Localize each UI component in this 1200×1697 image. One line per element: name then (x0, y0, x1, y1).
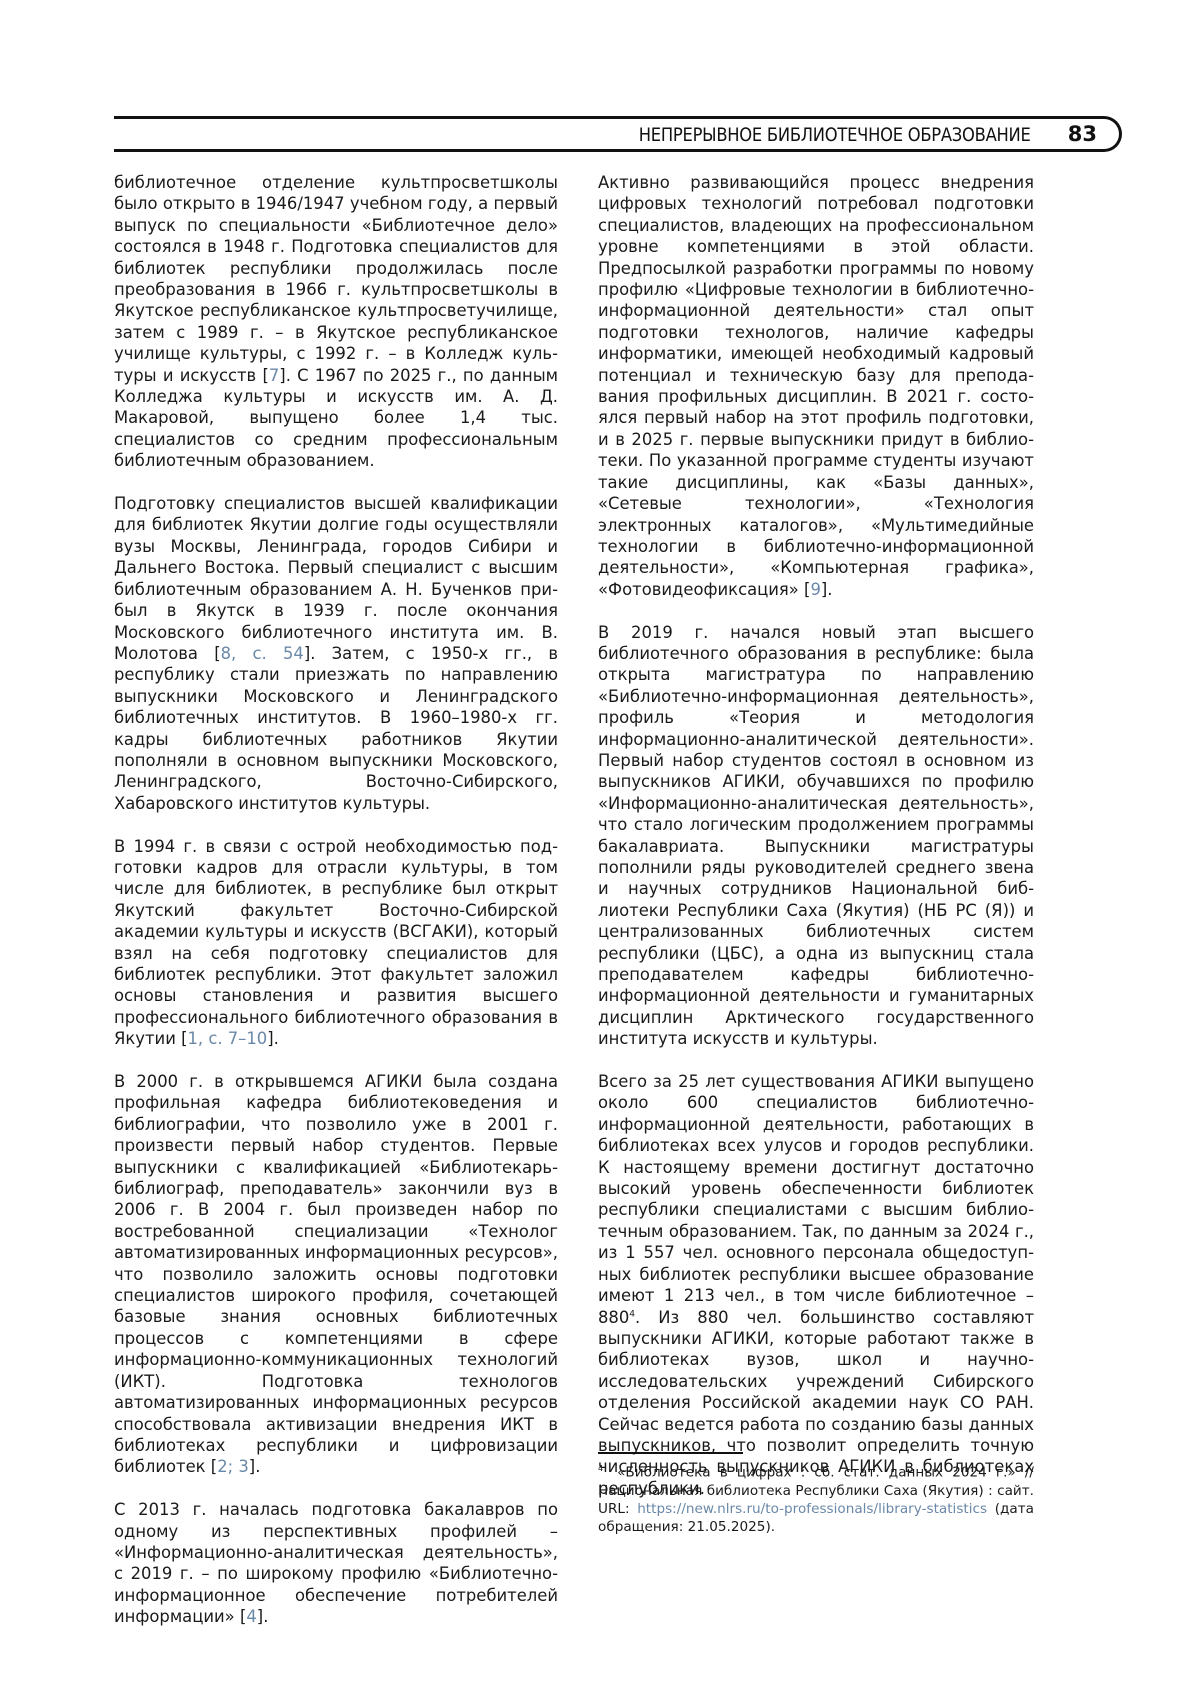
paragraph: В 2000 г. в открывшемся АГИКИ была созда… (114, 1071, 558, 1478)
paragraph-text: . (827, 580, 832, 599)
paragraph-text: Подготовку специалистов высшей квалифика… (114, 494, 558, 663)
left-column: библиотечное отделение культпросветшколы… (114, 172, 558, 1649)
paragraph-text: В 1994 г. в связи с острой необходимость… (114, 837, 558, 1049)
paragraph-text: С 2013 г. началась подготовка бакалавров… (114, 1500, 558, 1626)
citation-link[interactable]: 9 (810, 580, 820, 599)
paragraph: Активно развивающийся процесс внедрения … (598, 172, 1034, 600)
paragraph-text: . Затем, с 1950-х гг., в республику стал… (114, 644, 558, 813)
footnote: 4«Библиотека в цифрах : сб. стат. данных… (598, 1460, 1034, 1536)
paragraph: С 2013 г. началась подготовка бакалавров… (114, 1499, 558, 1627)
running-header: НЕПРЕРЫВНОЕ БИБЛИОТЕЧНОЕ ОБРАЗОВАНИЕ 83 (114, 116, 1122, 152)
citation-link[interactable]: 1, с. 7–10 (187, 1029, 267, 1048)
paragraph: Всего за 25 лет существования АГИКИ выпу… (598, 1071, 1034, 1499)
section-title: НЕПРЕРЫВНОЕ БИБЛИОТЕЧНОЕ ОБРАЗОВАНИЕ (639, 122, 1031, 148)
paragraph-text: . (274, 1029, 279, 1048)
right-column: Активно развивающийся процесс внедрения … (598, 172, 1034, 1521)
footnote-number: 4 (598, 1464, 603, 1473)
paragraph-text: Активно развивающийся процесс внедрения … (598, 173, 1034, 599)
paragraph-text: Всего за 25 лет существования АГИКИ выпу… (598, 1072, 1034, 1326)
citation-link[interactable]: 8, с. 54 (221, 644, 304, 663)
paragraph: В 2019 г. начался новый этап высшего биб… (598, 622, 1034, 1050)
paragraph-text: В 2000 г. в открывшемся АГИКИ была созда… (114, 1072, 558, 1476)
footnote-divider (598, 1452, 743, 1454)
paragraph-text: . (263, 1607, 268, 1626)
paragraph-text: библиотечное отделение культпросветшколы… (114, 173, 558, 385)
paragraph: Подготовку специалистов высшей квалифика… (114, 493, 558, 814)
citation-link[interactable]: 7 (269, 366, 279, 385)
paragraph: библиотечное отделение культпросветшколы… (114, 172, 558, 472)
paragraph-text: . (255, 1457, 260, 1476)
footnote-url-link[interactable]: https://new.nlrs.ru/to-professionals/lib… (637, 1501, 987, 1517)
paragraph: В 1994 г. в связи с острой необходимость… (114, 836, 558, 1050)
page-number: 83 (1068, 121, 1097, 147)
citation-link[interactable]: 4 (246, 1607, 256, 1626)
citation-link[interactable]: 2; 3 (217, 1457, 249, 1476)
